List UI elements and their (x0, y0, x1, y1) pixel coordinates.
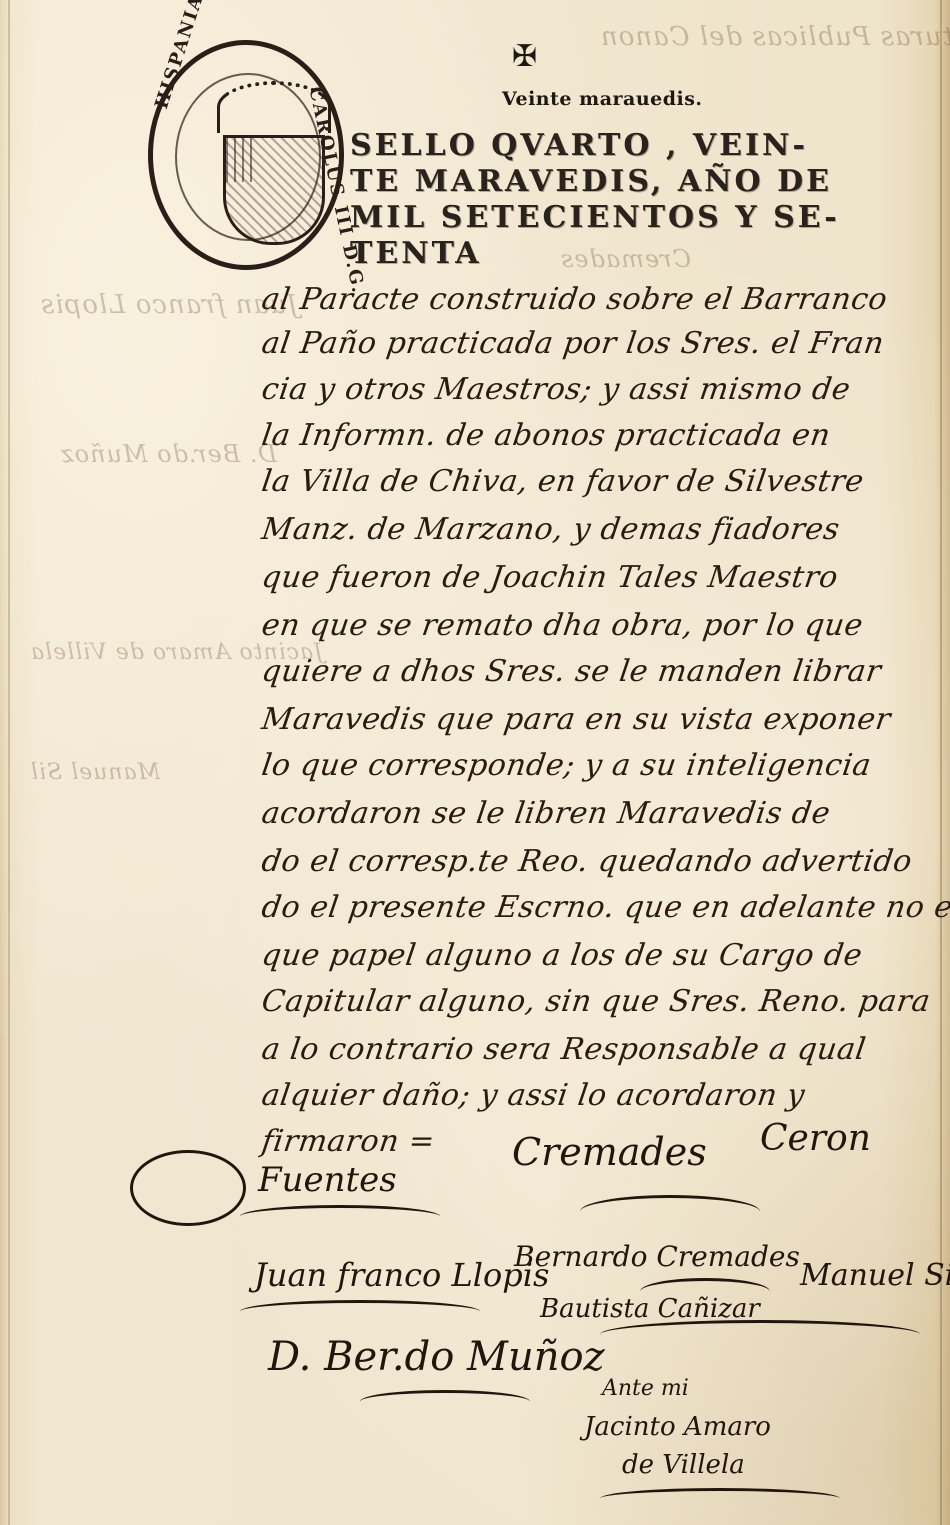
stamp-line-1: SELLO QVARTO , VEIN- (350, 128, 910, 164)
right-edge-fold (940, 0, 942, 1525)
signature-llopis: Juan franco Llopis (254, 1256, 549, 1294)
body-line-19: firmaron = (260, 1124, 438, 1159)
body-line-3: cia y otros Maestros; y assi mismo de (260, 372, 853, 407)
manuscript-page: Scrituras Publicas del Canon Juan franco… (0, 0, 950, 1525)
royal-seal: HISPANIARUM REX CAROLUS III D.G. (148, 40, 344, 270)
rubric-villela (600, 1488, 840, 1509)
body-line-11: lo que corresponde; y a su inteligencia (260, 748, 874, 783)
stamp-line-2: TE MARAVEDIS, AÑO DE (350, 164, 910, 200)
ante-mi-label: Ante mi (602, 1376, 689, 1401)
rubric-llopis (240, 1300, 480, 1323)
body-line-16: Capitular alguno, sin que Sres. Reno. pa… (260, 984, 933, 1019)
body-line-14: do el presente Escrno. que en adelante n… (260, 890, 950, 925)
coat-of-arms-icon (223, 135, 325, 245)
body-line-10: Maravedis que para en su vista exponer (260, 702, 893, 737)
body-line-15: que papel alguno a los de su Cargo de (260, 938, 865, 973)
bleed-top-right: Scrituras Publicas del Canon (600, 22, 950, 52)
rubric-munoz (360, 1390, 530, 1413)
seal-inner-ring (175, 73, 321, 241)
rubric-left (130, 1150, 246, 1226)
stamp-header-block: SELLO QVARTO , VEIN- TE MARAVEDIS, AÑO D… (350, 128, 910, 272)
rubric-canizares (600, 1320, 920, 1349)
body-line-1: al Paracte construido sobre el Barranco (260, 282, 890, 317)
signature-fuentes: Fuentes (258, 1160, 397, 1200)
rubric-cremades (580, 1195, 760, 1228)
stamp-line-4: TENTA (350, 236, 910, 272)
body-line-6: Manz. de Marzano, y demas fiadores (260, 512, 842, 547)
body-line-12: acordaron se le libren Maravedis de (260, 796, 833, 831)
left-edge-fold (8, 0, 10, 1525)
rubric-fuentes (240, 1205, 440, 1228)
signature-cremades: Cremades (512, 1130, 707, 1174)
cross-icon: ✠ (512, 42, 537, 72)
signature-munoz: D. Ber.do Muñoz (268, 1334, 605, 1380)
body-line-5: la Villa de Chiva, en favor de Silvestre (260, 464, 867, 499)
body-line-13: do el corresp.te Reo. quedando advertido (260, 844, 915, 879)
signature-ceron: Ceron (760, 1118, 871, 1159)
body-line-4: la Informn. de abonos practicada en (260, 418, 833, 453)
signature-manuel: Manuel Si (800, 1258, 950, 1293)
bleed-margin-3: D. Ber.do Muñoz (60, 440, 277, 468)
signature-bernardo-cremades: Bernardo Cremades (514, 1240, 800, 1273)
signature-villela: de Villela (622, 1450, 745, 1480)
bleed-margin-5: Manuel Sil (30, 760, 160, 785)
signature-amaro: Jacinto Amaro (584, 1412, 771, 1442)
body-line-9: quiere a dhos Sres. se le manden librar (260, 654, 884, 689)
body-line-2: al Paño practicada por los Sres. el Fran (260, 326, 887, 361)
body-line-17: a lo contrario sera Responsable a qual (260, 1032, 869, 1067)
body-line-8: en que se remato dha obra, por lo que (260, 608, 866, 643)
stamp-line-3: MIL SETECIENTOS Y SE- (350, 200, 910, 236)
body-line-18: alquier daño; y assi lo acordaron y (260, 1078, 808, 1113)
stamp-value-line: Veinte marauedis. (502, 88, 703, 110)
body-line-7: que fueron de Joachin Tales Maestro (260, 560, 841, 595)
